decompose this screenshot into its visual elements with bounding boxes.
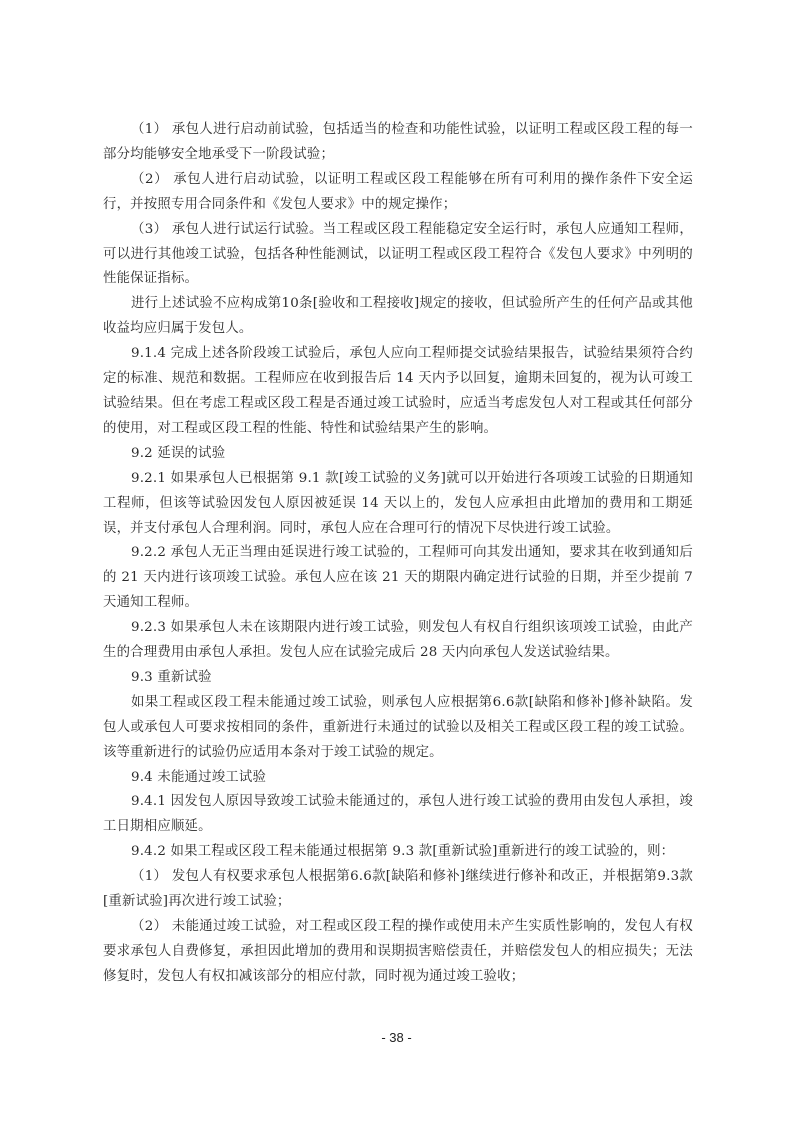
- clause-9-2-1: 9.2.1 如果承包人已根据第 9.1 款[竣工试验的义务]就可以开始进行各项竣…: [103, 467, 693, 542]
- clause-9-1-3-note: 进行上述试验不应构成第10条[验收和工程接收]规定的接收，但试验所产生的任何产品…: [103, 292, 693, 342]
- clause-9-4-2-item-1: （1） 发包人有权要求承包人根据第6.6款[缺陷和修补]继续进行修补和改正，并根…: [103, 865, 693, 915]
- clause-9-4-1: 9.4.1 因发包人原因导致竣工试验未能通过的，承包人进行竣工试验的费用由发包人…: [103, 790, 693, 840]
- section-heading-9-2: 9.2 延误的试验: [103, 442, 693, 467]
- section-heading-9-4: 9.4 未能通过竣工试验: [103, 766, 693, 791]
- document-page-body: （1） 承包人进行启动前试验，包括适当的检查和功能性试验，以证明工程或区段工程的…: [103, 118, 693, 990]
- clause-9-2-2: 9.2.2 承包人无正当理由延误进行竣工试验的，工程师可向其发出通知，要求其在收…: [103, 541, 693, 616]
- section-heading-9-3: 9.3 重新试验: [103, 666, 693, 691]
- clause-9-4-2-item-2: （2） 未能通过竣工试验，对工程或区段工程的操作或使用未产生实质性影响的，发包人…: [103, 915, 693, 990]
- clause-9-2-3: 9.2.3 如果承包人未在该期限内进行竣工试验，则发包人有权自行组织该项竣工试验…: [103, 616, 693, 666]
- clause-9-1-3-item-3: （3） 承包人进行试运行试验。当工程或区段工程能稳定安全运行时，承包人应通知工程…: [103, 218, 693, 293]
- clause-9-4-2: 9.4.2 如果工程或区段工程未能通过根据第 9.3 款[重新试验]重新进行的竣…: [103, 840, 693, 865]
- page-number: - 38 -: [0, 1030, 793, 1045]
- clause-9-1-3-item-2: （2） 承包人进行启动试验，以证明工程或区段工程能够在所有可利用的操作条件下安全…: [103, 168, 693, 218]
- clause-9-1-3-item-1: （1） 承包人进行启动前试验，包括适当的检查和功能性试验，以证明工程或区段工程的…: [103, 118, 693, 168]
- clause-9-3-body: 如果工程或区段工程未能通过竣工试验，则承包人应根据第6.6款[缺陷和修补]修补缺…: [103, 691, 693, 766]
- clause-9-1-4: 9.1.4 完成上述各阶段竣工试验后，承包人应向工程师提交试验结果报告，试验结果…: [103, 342, 693, 442]
